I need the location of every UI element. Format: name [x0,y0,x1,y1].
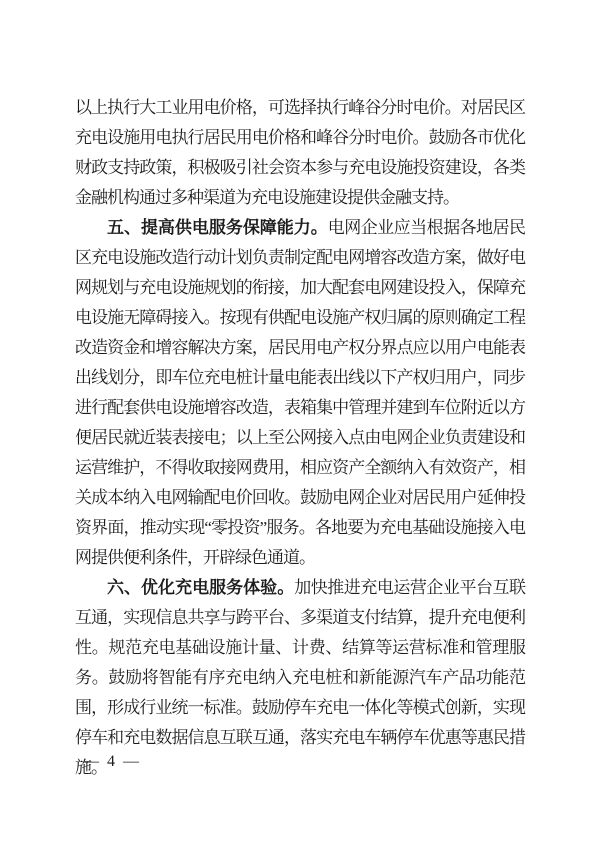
section-5-paragraph: 五、提高供电服务保障能力。电网企业应当根据各地居民区充电设施改造行动计划负责制定… [75,213,525,573]
section-6-text: 加快推进充电运营企业平台互联互通，实现信息共享与跨平台、多渠道支付结算，提升充电… [75,578,525,777]
section-6-heading: 六、优化充电服务体验。 [107,578,294,597]
document-page: 以上执行大工业用电价格，可选择执行峰谷分时电价。对居民区充电设施用电执行居民用电… [0,0,600,848]
section-6-paragraph: 六、优化充电服务体验。加快推进充电运营企业平台互联互通，实现信息共享与跨平台、多… [75,573,525,783]
paragraph-continuation: 以上执行大工业用电价格，可选择执行峰谷分时电价。对居民区充电设施用电执行居民用电… [75,93,525,213]
section-5-text: 电网企业应当根据各地居民区充电设施改造行动计划负责制定配电网增容改造方案，做好电… [75,218,525,567]
page-number: — 4 — [83,751,141,773]
section-5-heading: 五、提高供电服务保障能力。 [107,218,328,237]
paragraph-continuation-text: 以上执行大工业用电价格，可选择执行峰谷分时电价。对居民区充电设施用电执行居民用电… [75,98,525,207]
document-body: 以上执行大工业用电价格，可选择执行峰谷分时电价。对居民区充电设施用电执行居民用电… [75,93,525,783]
